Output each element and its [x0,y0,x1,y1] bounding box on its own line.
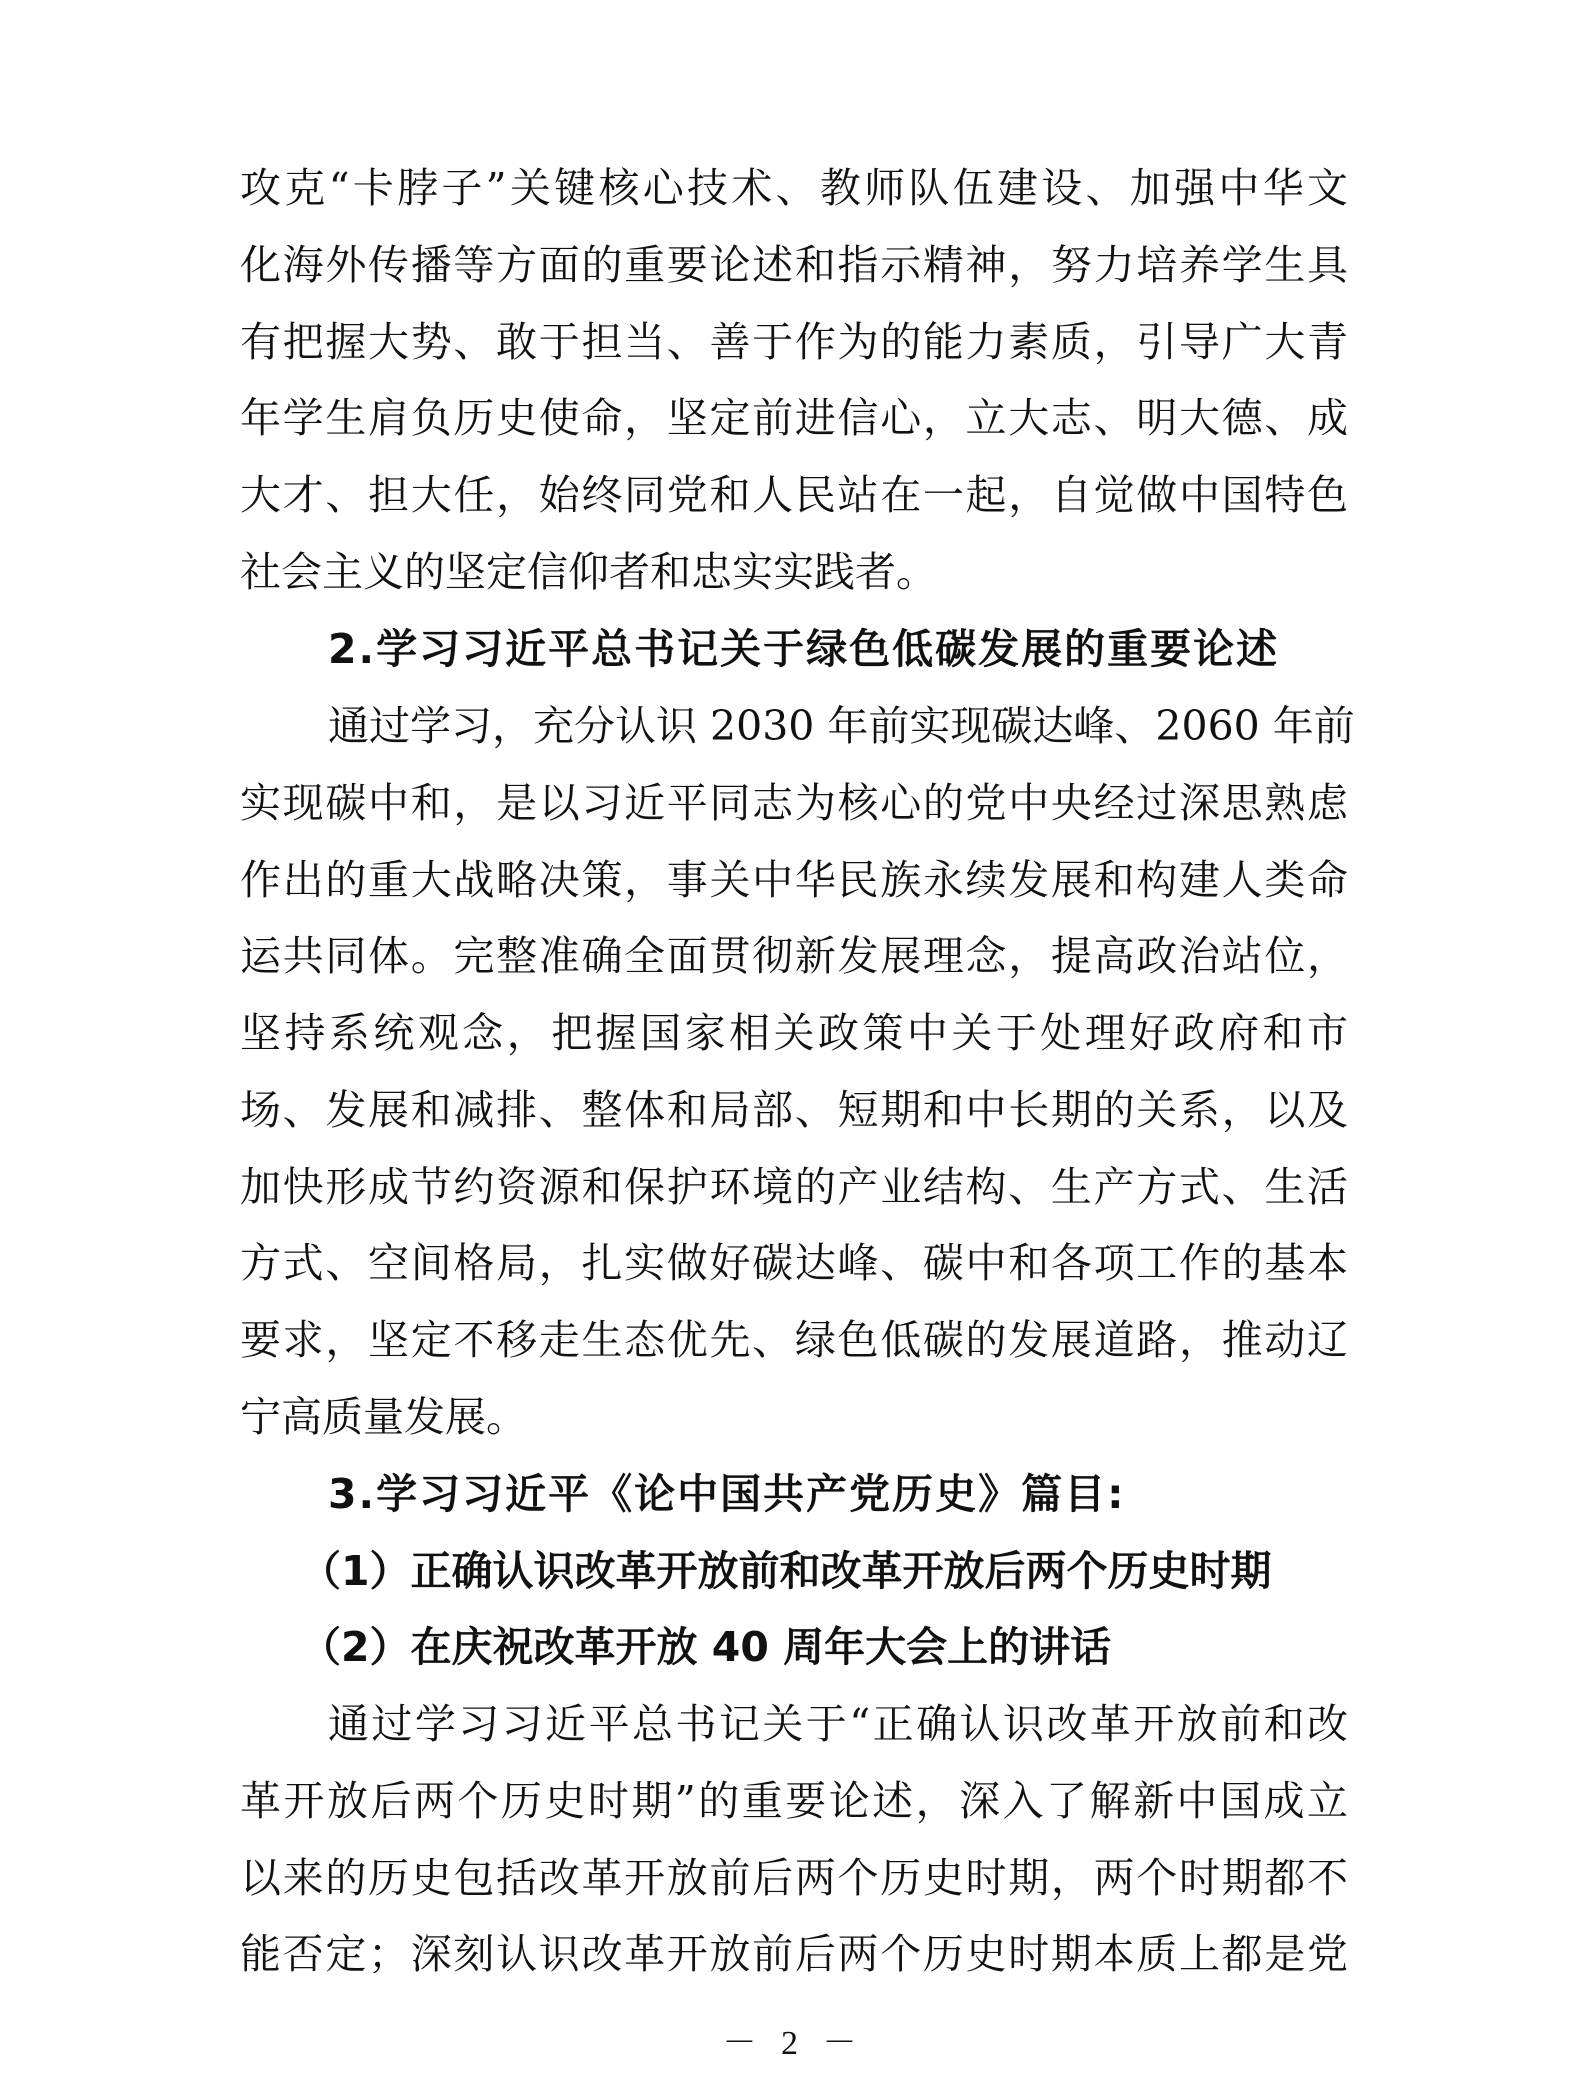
paragraph-1-line-3: 有把握大势、敢于担当、善于作为的能力素质，引导广大青 [240,312,1348,372]
paragraph-2-line-5: 坚持系统观念，把握国家相关政策中关于处理好政府和市 [240,1003,1348,1063]
paragraph-2-line-7: 加快形成节约资源和保护环境的产业结构、生产方式、生活 [240,1157,1348,1217]
paragraph-2-line-4: 运共同体。完整准确全面贯彻新发展理念，提高政治站位， [240,926,1348,986]
paragraph-1-line-6: 社会主义的坚定信仰者和忠实实践者。 [240,542,1348,602]
list-item-2: （2）在庆祝改革开放 40 周年大会上的讲话 [300,1617,1320,1677]
paragraph-2-line-1: 通过学习，充分认识 2030 年前实现碳达峰、2060 年前 [328,696,1348,756]
paragraph-2-line-2: 实现碳中和，是以习近平同志为核心的党中央经过深思熟虑 [240,773,1348,833]
paragraph-2-line-6: 场、发展和减排、整体和局部、短期和中长期的关系，以及 [240,1080,1348,1140]
paragraph-3-line-2: 革开放后两个历史时期”的重要论述，深入了解新中国成立 [240,1771,1348,1831]
paragraph-3-line-4: 能否定；深刻认识改革开放前后两个历史时期本质上都是党 [240,1924,1348,1984]
paragraph-2-line-9: 要求，坚定不移走生态优先、绿色低碳的发展道路，推动辽 [240,1310,1348,1370]
paragraph-3-line-3: 以来的历史包括改革开放前后两个历史时期，两个时期都不 [240,1848,1348,1908]
section-heading-3: 3.学习习近平《论中国共产党历史》篇目: [328,1464,1348,1524]
paragraph-1-line-5: 大才、担大任，始终同党和人民站在一起，自觉做中国特色 [240,465,1348,525]
list-item-1: （1）正确认识改革开放前和改革开放后两个历史时期 [300,1541,1348,1601]
paragraph-1-line-2: 化海外传播等方面的重要论述和指示精神，努力培养学生具 [240,235,1348,295]
page-number: － 2 － [0,2022,1587,2066]
paragraph-1-line-1: 攻克“卡脖子”关键核心技术、教师队伍建设、加强中华文 [240,158,1348,218]
paragraph-2-line-8: 方式、空间格局，扎实做好碳达峰、碳中和各项工作的基本 [240,1233,1348,1293]
section-heading-2: 2.学习习近平总书记关于绿色低碳发展的重要论述 [328,619,1348,679]
paragraph-2-line-3: 作出的重大战略决策，事关中华民族永续发展和构建人类命 [240,850,1348,910]
paragraph-1-line-4: 年学生肩负历史使命，坚定前进信心，立大志、明大德、成 [240,388,1348,448]
paragraph-2-line-10: 宁高质量发展。 [240,1387,1348,1447]
paragraph-3-line-1: 通过学习习近平总书记关于“正确认识改革开放前和改 [328,1694,1348,1754]
